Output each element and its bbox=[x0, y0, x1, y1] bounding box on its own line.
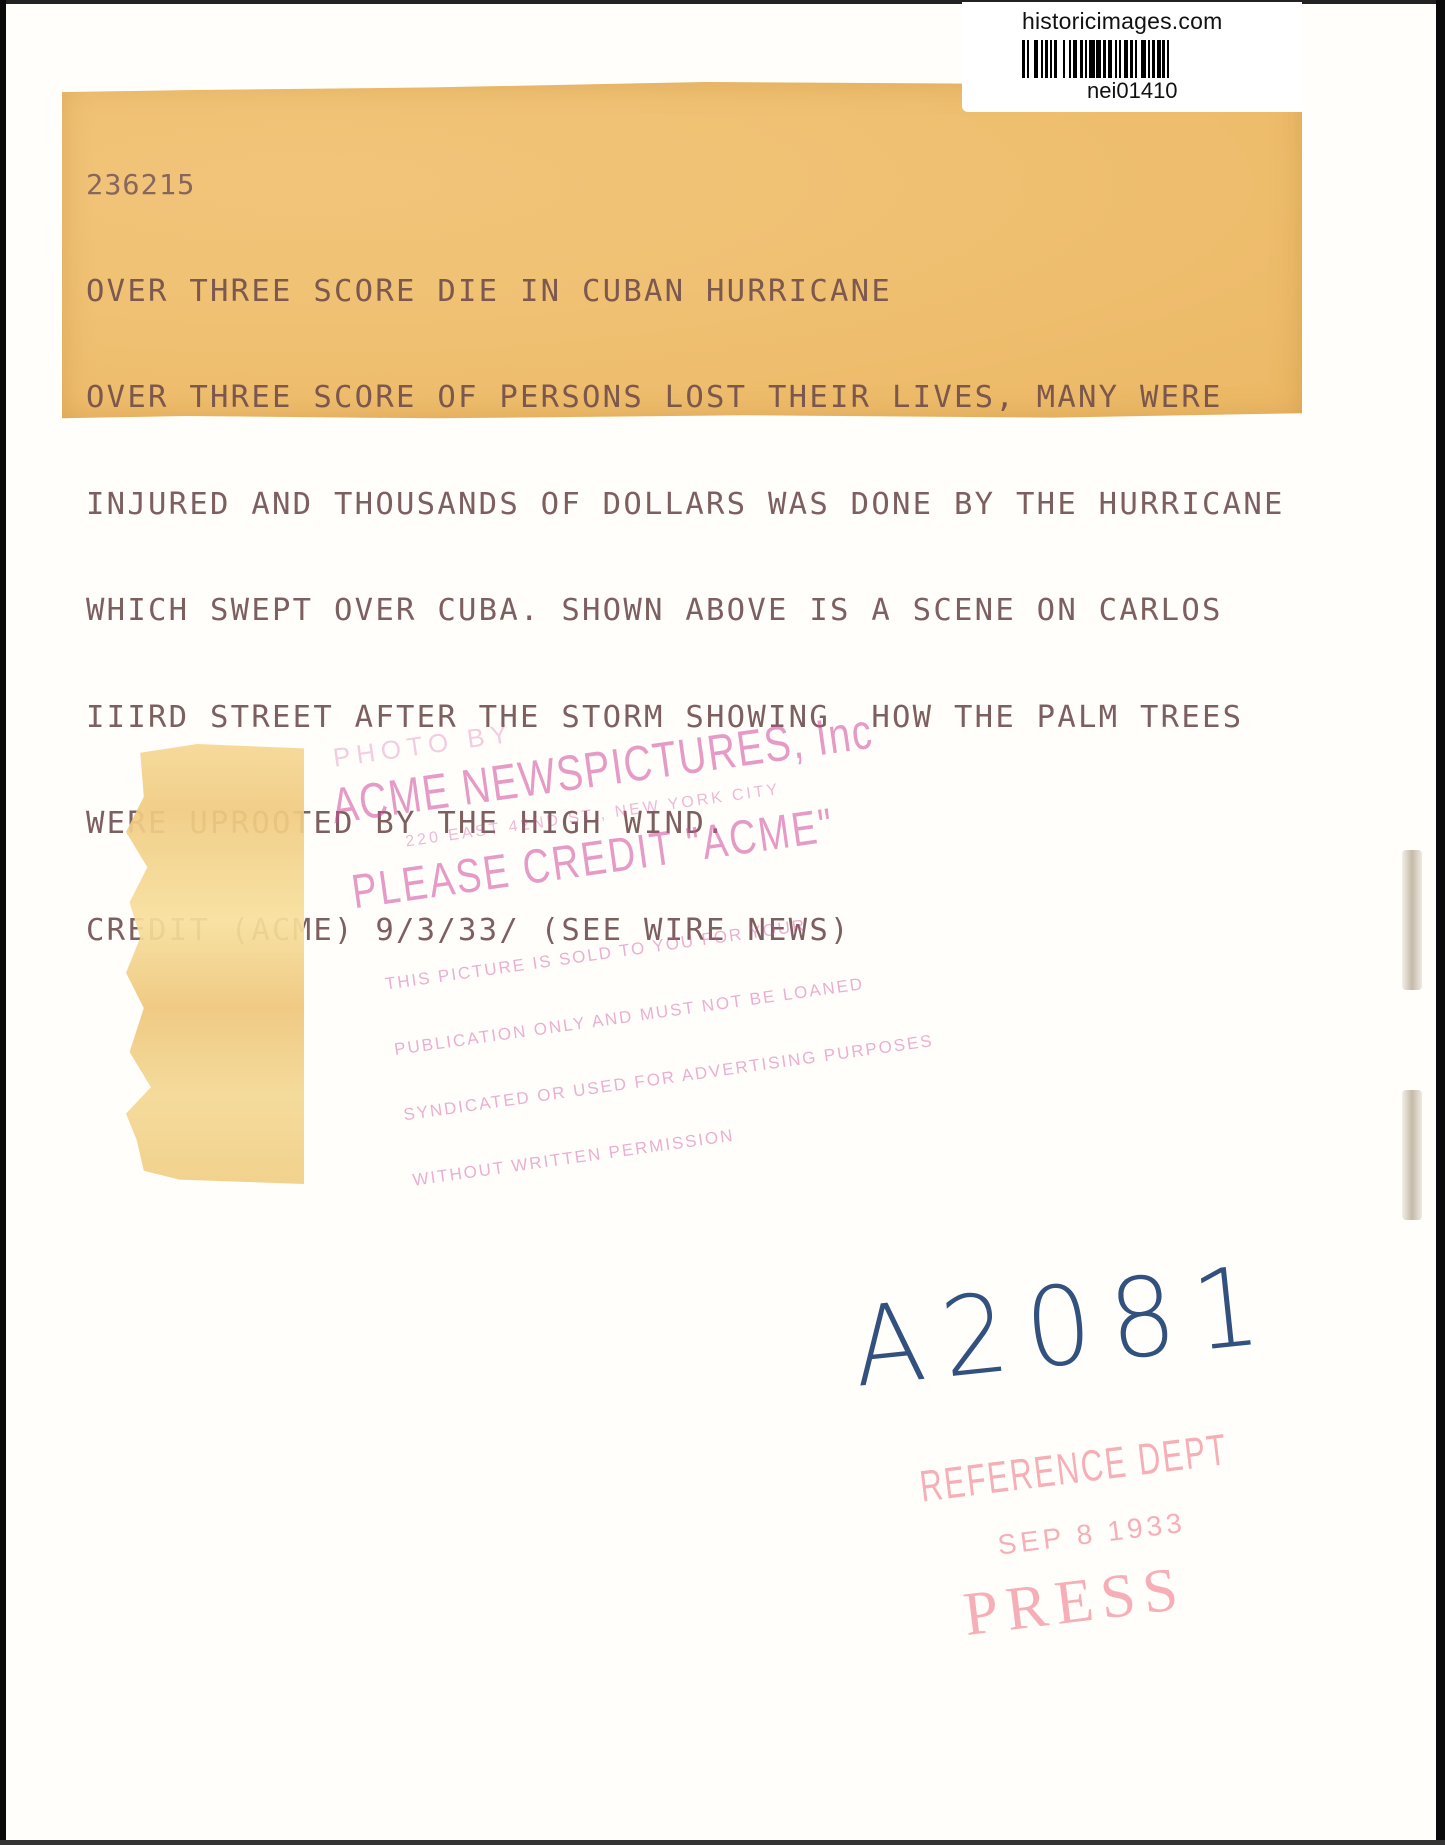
margin-smudge bbox=[1402, 1090, 1422, 1220]
caption-line: WHICH SWEPT OVER CUBA. SHOWN ABOVE IS A … bbox=[86, 593, 1285, 629]
label-item-id: nei01410 bbox=[1087, 78, 1178, 104]
caption-line: INJURED AND THOUSANDS OF DOLLARS WAS DON… bbox=[86, 487, 1285, 523]
reference-dept-stamp: REFERENCE DEPT SEP 8 1933 PRESS bbox=[915, 1399, 1323, 1693]
barcode-icon bbox=[1022, 40, 1262, 78]
margin-smudge bbox=[1402, 850, 1422, 990]
label-site-name: historicimages.com bbox=[1022, 8, 1222, 35]
reference-stamp-date: SEP 8 1933 bbox=[996, 1507, 1187, 1562]
caption-line: OVER THREE SCORE OF PERSONS LOST THEIR L… bbox=[86, 380, 1285, 416]
caption-ref-number: 236215 bbox=[86, 167, 1285, 203]
reference-dept-label: REFERENCE DEPT bbox=[917, 1425, 1231, 1512]
scan-border-bottom bbox=[0, 1840, 1445, 1845]
barcode-label: historicimages.com nei01410 bbox=[962, 2, 1302, 112]
tape-remnant bbox=[126, 744, 304, 1184]
scan-border-right bbox=[1436, 0, 1445, 1845]
reference-stamp-press: PRESS bbox=[960, 1553, 1190, 1651]
caption-headline: OVER THREE SCORE DIE IN CUBAN HURRICANE bbox=[86, 274, 1285, 310]
